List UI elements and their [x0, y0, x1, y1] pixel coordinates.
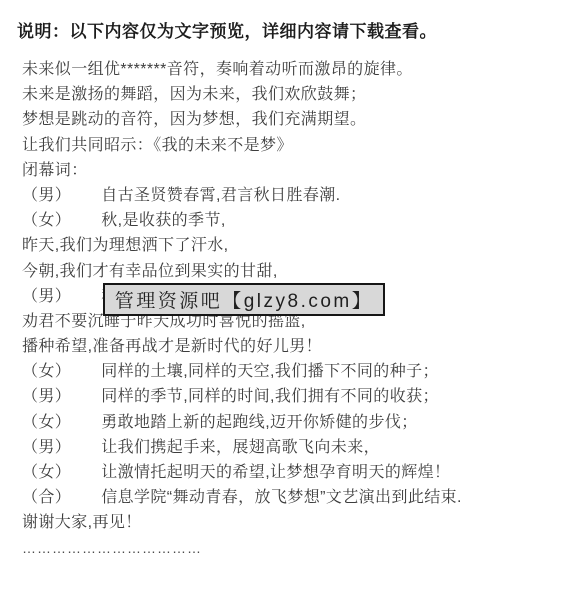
speaker-label: （男） [22, 384, 71, 409]
dotted-separator-line: ……………………………… [22, 536, 462, 561]
line-text: 未来是激扬的舞蹈，因为未来，我们欢欣鼓舞； [22, 86, 366, 103]
watermark-badge: 管理资源吧【glzy8.com】 [103, 283, 385, 316]
text-line: （合）信息学院“舞动青春，放飞梦想”文艺演出到此结束. [22, 485, 462, 510]
line-text: 让我们共同昭示：《我的未来不是梦》 [22, 137, 293, 154]
text-line: 昨天,我们为理想洒下了汗水, [22, 233, 462, 258]
line-text: 让激情托起明天的希望,让梦想孕育明天的辉煌！ [101, 464, 450, 481]
speaker-label: （男） [22, 435, 71, 460]
line-text: 梦想是跳动的音符，因为梦想，我们充满期望。 [22, 111, 366, 128]
line-text: 秋,是收获的季节, [101, 212, 226, 229]
speaker-label: （合） [22, 485, 71, 510]
line-text: 自古圣贤赞春霄,君言秋日胜春潮. [101, 187, 340, 204]
line-text: 谢谢大家,再见！ [22, 514, 142, 531]
text-line: 谢谢大家,再见！ [22, 510, 462, 535]
line-text: 未来似一组优*******音符，奏响着动听而激昂的旋律。 [22, 61, 413, 78]
preview-notice: 说明：以下内容仅为文字预览，详细内容请下载查看。 [17, 17, 437, 42]
speaker-label: （女） [22, 460, 71, 485]
text-line: （男）让我们携起手来，展翅高歌飞向未来， [22, 435, 462, 460]
line-text: 让我们携起手来，展翅高歌飞向未来， [101, 439, 380, 456]
speaker-label: （女） [22, 208, 71, 233]
speaker-label: （男） [22, 284, 71, 309]
text-line: 梦想是跳动的音符，因为梦想，我们充满期望。 [22, 107, 462, 132]
line-text: 昨天,我们为理想洒下了汗水, [22, 237, 229, 254]
line-text: 今朝,我们才有幸品位到果实的甘甜, [22, 263, 278, 280]
text-line: 闭幕词： [22, 158, 462, 183]
text-line: 未来是激扬的舞蹈，因为未来，我们欢欣鼓舞； [22, 82, 462, 107]
speaker-label: （女） [22, 359, 71, 384]
line-text: 播种希望,准备再战才是新时代的好儿男！ [22, 338, 322, 355]
text-line: （女）让激情托起明天的希望,让梦想孕育明天的辉煌！ [22, 460, 462, 485]
speaker-label: （男） [22, 183, 71, 208]
text-line: （男）同样的季节,同样的时间,我们拥有不同的收获； [22, 384, 462, 409]
line-text: 同样的季节,同样的时间,我们拥有不同的收获； [101, 388, 439, 405]
text-line: （男）自古圣贤赞春霄,君言秋日胜春潮. [22, 183, 462, 208]
text-line: 让我们共同昭示：《我的未来不是梦》 [22, 133, 462, 158]
document-preview-page: 说明：以下内容仅为文字预览，详细内容请下载查看。 未来似一组优*******音符… [0, 0, 578, 600]
line-text: 闭幕词： [22, 162, 88, 179]
text-line: 今朝,我们才有幸品位到果实的甘甜, [22, 259, 462, 284]
text-line: （女）同样的土壤,同样的天空,我们播下不同的种子； [22, 359, 462, 384]
line-text: 同样的土壤,同样的天空,我们播下不同的种子； [101, 363, 439, 380]
speaker-label: （女） [22, 410, 71, 435]
line-text: 信息学院“舞动青春，放飞梦想”文艺演出到此结束. [101, 489, 462, 506]
watermark-text: 管理资源吧【glzy8.com】 [115, 286, 374, 313]
text-line: （女）秋,是收获的季节, [22, 208, 462, 233]
text-line: （女）勇敢地踏上新的起跑线,迈开你矫健的步伐； [22, 410, 462, 435]
line-text: ……………………………… [22, 540, 202, 556]
text-line: 播种希望,准备再战才是新时代的好儿男！ [22, 334, 462, 359]
text-line: 未来似一组优*******音符，奏响着动听而激昂的旋律。 [22, 57, 462, 82]
line-text: 勇敢地踏上新的起跑线,迈开你矫健的步伐； [101, 414, 417, 431]
